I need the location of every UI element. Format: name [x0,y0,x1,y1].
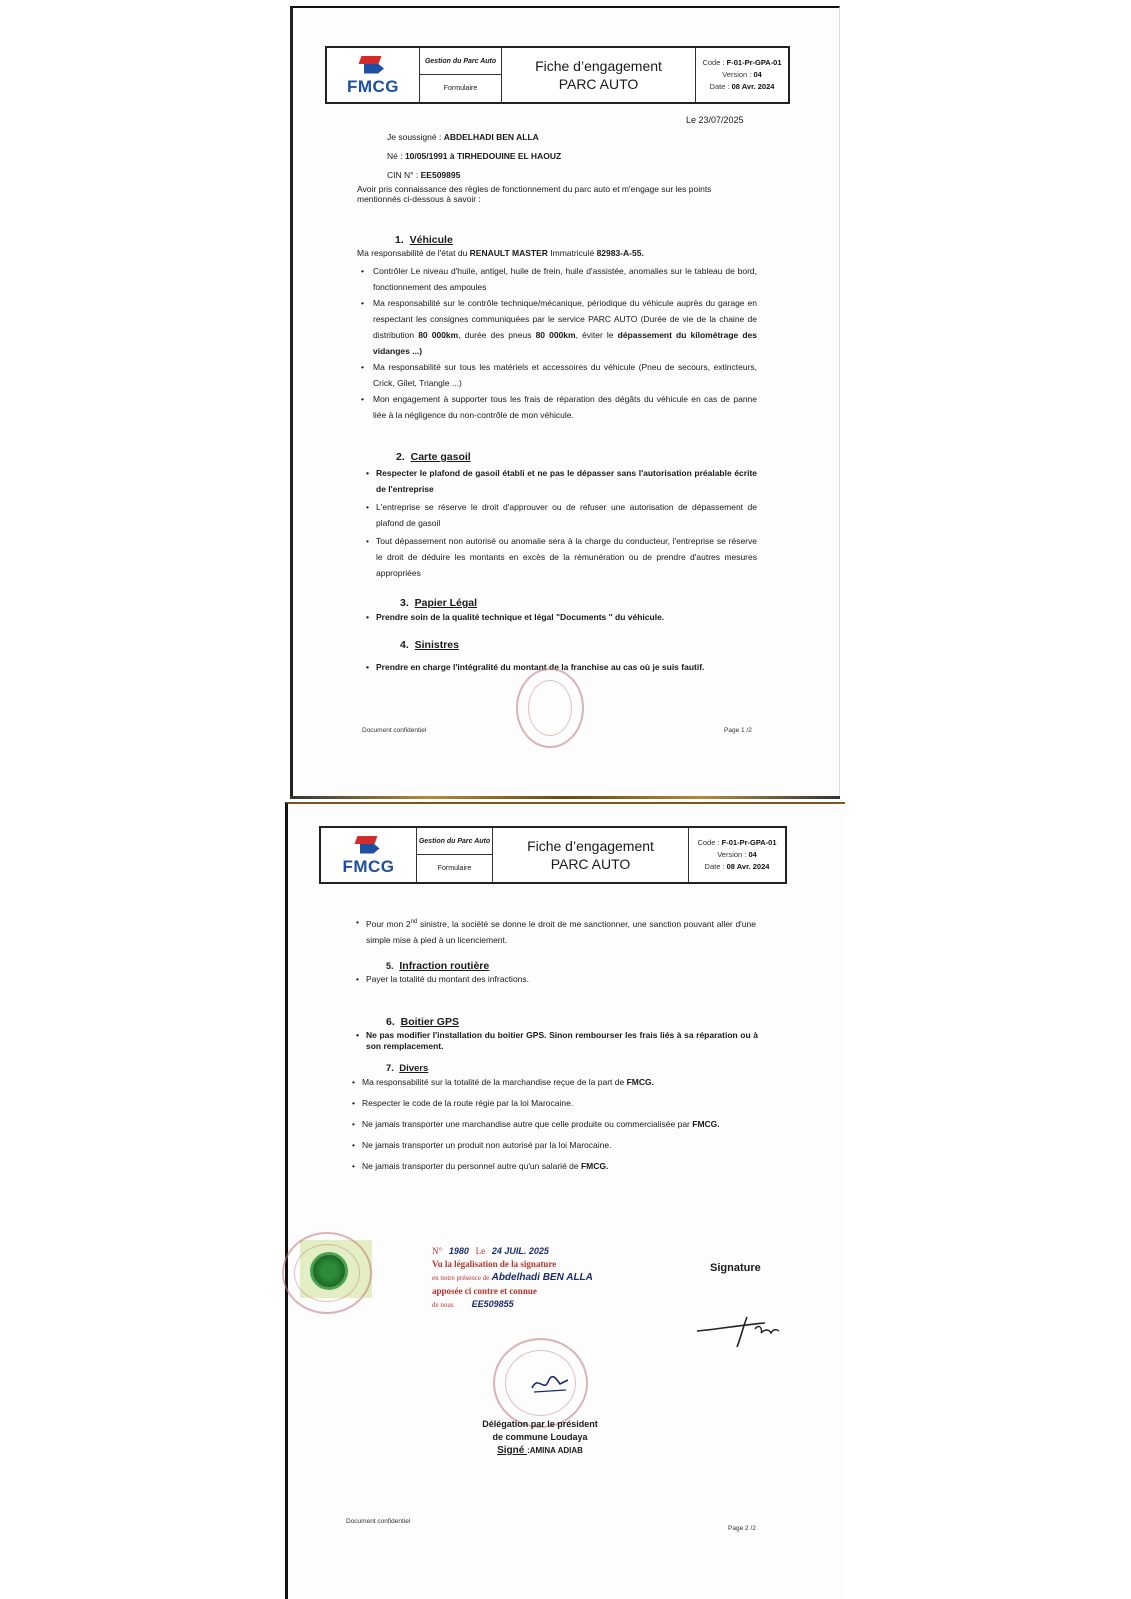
version-label: Version : [717,850,748,859]
code-label: Code : [697,838,721,847]
section-title: 6. Boitier GPS [386,1014,758,1030]
delegation-line2: de commune Loudaya [470,1431,610,1444]
footer-confidential: Document confidentiel [362,727,426,734]
intro-paragraph: Avoir pris connaissance des règles de fo… [357,184,757,204]
list-item: Ne pas modifier l'installation du boitie… [356,1030,758,1052]
delegation-block: Délégation par le président de commune L… [470,1418,610,1457]
document-date: Le 23/07/2025 [686,112,744,128]
list-item: Ne jamais transporter une marchandise au… [352,1119,760,1130]
doc-title-line2: PARC AUTO [551,855,631,873]
document-header-page-1: FMCG Gestion du Parc Auto Formulaire Fic… [325,46,790,104]
legalisation-cin: EE509855 [472,1299,514,1309]
header-category: Gestion du Parc Auto [417,828,492,855]
date-value: 08 Avr. 2024 [732,82,775,91]
section-vehicule: 1. Véhicule Ma responsabilité de l'état … [357,232,757,423]
section-carte-gasoil: 2. Carte gasoil Respecter le plafond de … [366,449,757,581]
fmcg-logo-icon [356,834,382,856]
legalisation-line3: apposée ci contre et connue [432,1285,632,1298]
section-title: 7. Divers [386,1061,760,1077]
commune-stamp-left [282,1232,372,1314]
legalisation-block: N° 1980 Le 24 JUIL. 2025 Vu la légalisat… [432,1245,632,1312]
list-item: Prendre soin de la qualité technique et … [366,611,757,623]
header-doc-type: Formulaire [417,855,492,882]
section-infraction: 5. Infraction routière Payer la totalité… [356,958,756,985]
document-header-page-2: FMCG Gestion du Parc Auto Formulaire Fic… [319,826,787,884]
header-doc-type: Formulaire [420,75,501,102]
signe-label: Signé [497,1445,527,1456]
signature-label: Signature [710,1262,761,1274]
list-item: Contrôler Le niveau d'huile, antigel, hu… [357,263,757,295]
list-item: Respecter le plafond de gasoil établi et… [366,465,757,497]
list-item: Respecter le code de la route régie par … [352,1098,760,1109]
signe-name: :AMINA ADIAB [527,1446,583,1455]
soussigne-label: Je soussigné : [387,132,444,142]
section-boitier-gps: 6. Boitier GPS Ne pas modifier l'install… [356,1014,758,1052]
employee-signature-icon [695,1315,795,1350]
version-value: 04 [753,70,761,79]
code-value: F-01-Pr-GPA-01 [722,838,777,847]
section-title: 2. Carte gasoil [396,449,757,465]
fmcg-logo: FMCG [321,828,417,882]
doc-title-line1: Fiche d’engagement [527,837,654,855]
version-value: 04 [748,850,756,859]
continued-bullet: Pour mon 2nd sinistre, la société se don… [356,914,756,948]
version-label: Version : [722,70,753,79]
cin-value: EE509895 [421,170,461,180]
code-value: F-01-Pr-GPA-01 [727,58,782,67]
official-signature-icon [530,1370,570,1395]
legalisation-date: 24 JUIL. 2025 [492,1246,549,1256]
doc-title-line1: Fiche d’engagement [535,57,662,75]
list-item: Ne jamais transporter du personnel autre… [352,1161,760,1172]
fmcg-logo: FMCG [327,48,420,102]
brand-name: FMCG [342,857,394,877]
doc-title-line2: PARC AUTO [559,75,639,93]
legalisation-signer: Abdelhadi BEN ALLA [492,1272,593,1283]
employee-name: ABDELHADI BEN ALLA [444,132,539,142]
page-separator [290,796,840,799]
list-item: Tout dépassement non autorisé ou anomali… [366,533,757,581]
footer-confidential: Document confidentiel [346,1518,410,1525]
header-category: Gestion du Parc Auto [420,48,501,75]
birth-label: Né : [387,151,405,161]
section-papier-legal: 3. Papier Légal Prendre soin de la quali… [366,595,757,623]
legalisation-line1: Vu la légalisation de la signature [432,1258,632,1271]
identity-block: Je soussigné : ABDELHADI BEN ALLA Né : 1… [387,128,767,185]
list-item: Ma responsabilité sur la totalité de la … [352,1077,760,1088]
footer-page-number: Page 1 /2 [724,727,752,734]
list-item: Mon engagement à supporter tous les frai… [357,391,757,423]
list-item: Pour mon 2nd sinistre, la société se don… [356,914,756,948]
date-label: Date : [710,82,732,91]
birth-info: 10/05/1991 à TIRHEDOUINE EL HAOUZ [405,151,561,161]
list-item: L'entreprise se réserve le droit d'appro… [366,499,757,531]
footer-page-number: Page 2 /2 [728,1525,756,1532]
delegation-line1: Délégation par le président [470,1418,610,1431]
vehicle-line: Ma responsabilité de l'état du RENAULT M… [357,248,757,259]
list-item: Ma responsabilité sur tous les matériels… [357,359,757,391]
list-item: Ma responsabilité sur le contrôle techni… [357,295,757,359]
section-title: 4. Sinistres [400,637,757,653]
brand-name: FMCG [347,77,399,97]
section-title: 3. Papier Légal [400,595,757,611]
list-item: Payer la totalité du montant des infract… [356,974,756,985]
section-divers: 7. Divers Ma responsabilité sur la total… [352,1061,760,1172]
section-sinistres: 4. Sinistres Prendre en charge l'intégra… [366,637,757,675]
legalisation-number: 1980 [449,1246,469,1256]
section-title: 1. Véhicule [395,232,757,248]
official-stamp-page-1 [516,668,584,748]
date-value: 08 Avr. 2024 [727,862,770,871]
cin-label: CIN N° : [387,170,421,180]
date-label: Date : [705,862,727,871]
code-label: Code : [702,58,726,67]
section-title: 5. Infraction routière [386,958,756,974]
fmcg-logo-icon [360,54,386,76]
list-item: Ne jamais transporter un produit non aut… [352,1140,760,1151]
